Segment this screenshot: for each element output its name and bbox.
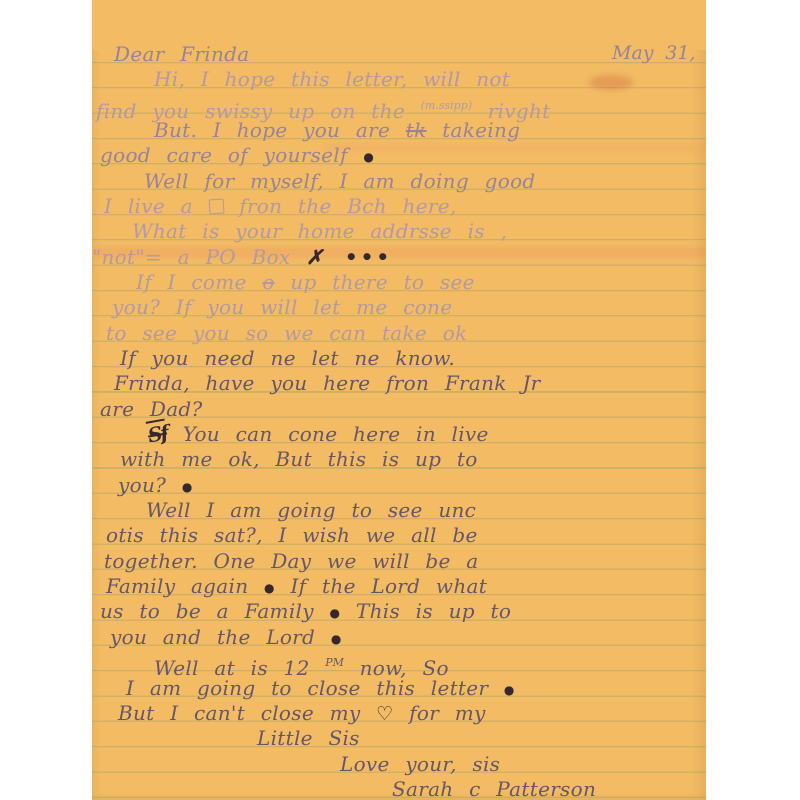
letter-line: I live a fron the Bch here, — [104, 194, 457, 219]
superscript-note: PM — [325, 656, 344, 669]
handwritten-text: Sarah c Patterson — [392, 777, 596, 800]
ink-mark: ✗ ••• — [306, 245, 392, 269]
handwritten-text: If you need ne let ne know. — [120, 346, 455, 370]
handwritten-text: But. I hope you are — [154, 118, 406, 142]
handwritten-text: for my — [394, 701, 486, 725]
ink-dot: ● — [329, 606, 340, 620]
handwritten-text: But I can't close my — [118, 701, 376, 725]
handwritten-text: Little Sis — [257, 726, 360, 750]
letter-line: you? ● — [118, 473, 193, 498]
scan-background: May 31, Dear FrindaHi, I hope this lette… — [0, 0, 800, 800]
handwritten-text: us to be a Family — [100, 599, 329, 623]
letter-line: together. One Day we will be a — [104, 549, 479, 574]
letter-line: Dear Frinda — [114, 42, 249, 67]
handwritten-text: you? If you will let me cone — [112, 295, 452, 319]
letter-line: otis this sat?, I wish we all be — [106, 523, 478, 548]
letter-line: What is your home addrsse is , — [132, 219, 507, 244]
letter-line: are Dad? — [100, 397, 203, 422]
handwritten-text: are Dad? — [100, 397, 203, 421]
handwritten-text: Hi, I hope this letter, will not — [154, 67, 510, 91]
letter-paper: May 31, Dear FrindaHi, I hope this lette… — [92, 0, 706, 800]
letter-line: Family again ● If the Lord what — [106, 574, 487, 599]
letter-line: If I come o up there to see — [136, 270, 475, 295]
letter-body: Dear FrindaHi, I hope this letter, will … — [92, 42, 706, 800]
scribble-mark: Sf — [146, 421, 169, 449]
strikethrough-text: o — [262, 270, 274, 294]
letter-line: us to be a Family ● This is up to — [100, 599, 511, 624]
letter-line: Well for myself, I am doing good — [144, 169, 536, 194]
letter-line: "not"= a PO Box ✗ ••• — [92, 245, 392, 270]
letter-line: But. I hope you are tk takeing — [154, 118, 520, 143]
handwritten-text: You can cone here in live — [167, 422, 489, 446]
drawn-box-icon — [208, 199, 224, 215]
letter-line: find you swissy up on the (m.ssipp) rivg… — [96, 93, 550, 118]
handwritten-text: with me ok, But this is up to — [120, 447, 478, 471]
handwritten-text: good care of yourself — [100, 143, 363, 167]
superscript-note: (m.ssipp) — [421, 99, 472, 112]
handwritten-text: I am going to close this letter — [126, 676, 504, 700]
handwritten-text: otis this sat?, I wish we all be — [106, 523, 478, 547]
handwritten-text: Dear Frinda — [114, 42, 249, 66]
ink-dot: ● — [182, 480, 193, 494]
letter-line: Sarah c Patterson — [392, 777, 596, 800]
handwritten-text: What is your home addrsse is , — [132, 219, 507, 243]
letter-line: you and the Lord ● — [110, 625, 342, 650]
handwritten-text: Frinda, have you here fron Frank Jr — [114, 371, 541, 395]
handwritten-text: together. One Day we will be a — [104, 549, 479, 573]
handwritten-text: takeing — [427, 118, 521, 142]
handwritten-text: This is up to — [340, 599, 511, 623]
letter-line: good care of yourself ● — [100, 143, 374, 168]
letter-line: Little Sis — [257, 726, 360, 751]
handwritten-text: Well for myself, I am doing good — [144, 169, 536, 193]
handwritten-text: Love your, sis — [340, 752, 500, 776]
ink-dot: ● — [363, 150, 374, 164]
letter-line: I am going to close this letter ● — [126, 676, 515, 701]
letter-line: with me ok, But this is up to — [120, 447, 478, 472]
handwritten-text: If I come — [136, 270, 262, 294]
ink-dot: ● — [264, 581, 275, 595]
letter-line: If you need ne let ne know. — [120, 346, 455, 371]
letter-line: Frinda, have you here fron Frank Jr — [114, 371, 541, 396]
heart-icon: ♡ — [376, 703, 393, 725]
ink-dot: ● — [331, 632, 342, 646]
handwritten-text: I live a — [104, 194, 209, 218]
handwritten-text: If the Lord what — [275, 574, 487, 598]
letter-line: Love your, sis — [340, 752, 500, 777]
letter-line: you? If you will let me cone — [112, 295, 452, 320]
strikethrough-text: tk — [406, 118, 427, 142]
handwritten-text: up there to see — [275, 270, 475, 294]
letter-line: Sf You can cone here in live — [148, 422, 489, 447]
handwritten-text: Well I am going to see unc — [146, 498, 476, 522]
letter-line: Hi, I hope this letter, will not — [154, 67, 510, 92]
handwritten-text: fron the Bch here, — [224, 194, 457, 218]
handwritten-text: you and the Lord — [110, 625, 331, 649]
handwritten-text: to see you so we can take ok — [106, 321, 467, 345]
letter-line: Well at is 12 PM now, So — [154, 650, 449, 675]
handwritten-text: Family again — [106, 574, 264, 598]
ink-dot: ● — [504, 683, 515, 697]
letter-line: But I can't close my ♡ for my — [118, 701, 486, 726]
letter-line: to see you so we can take ok — [106, 321, 467, 346]
handwritten-text: you? — [118, 473, 182, 497]
letter-line: Well I am going to see unc — [146, 498, 476, 523]
handwritten-text: "not"= a PO Box — [92, 245, 306, 269]
